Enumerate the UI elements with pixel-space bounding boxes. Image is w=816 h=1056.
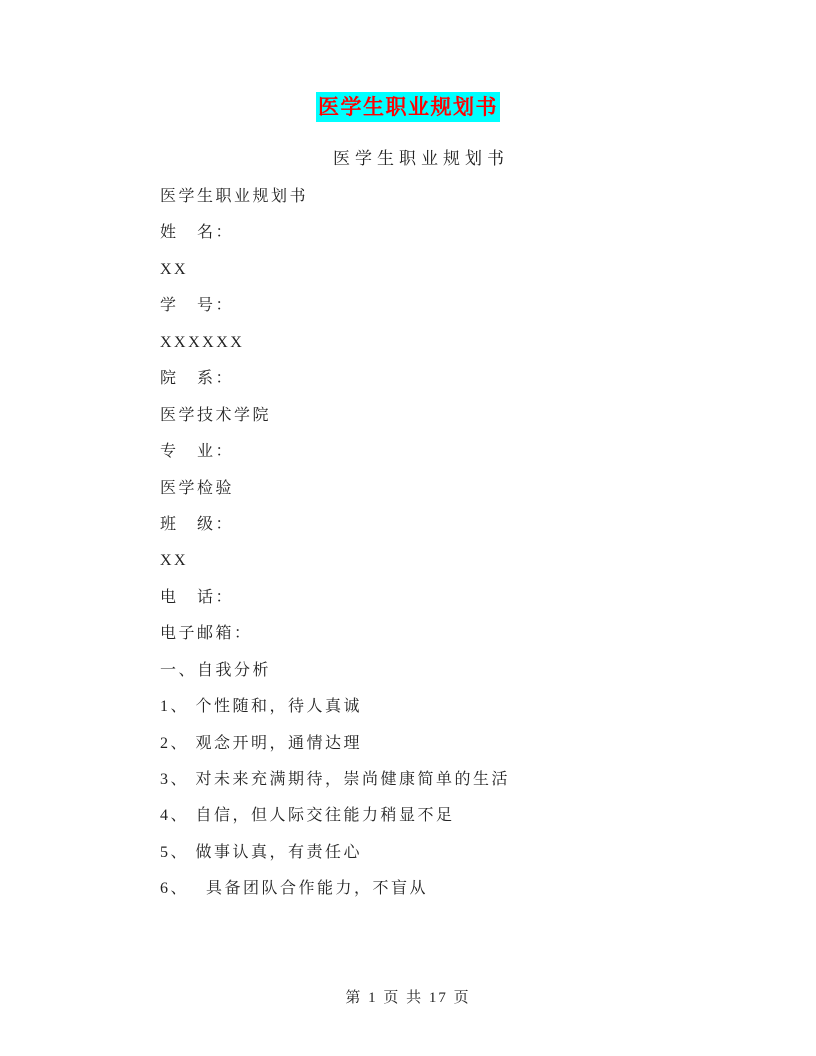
body-line: 医学技术学院 bbox=[160, 398, 736, 434]
document-body: 医学生职业规划书 姓 名： XX 学 号： XXXXXX 院 系： 医学技术学院… bbox=[160, 179, 736, 908]
document-page: 医学生职业规划书 医学生职业规划书 医学生职业规划书 姓 名： XX 学 号： … bbox=[0, 0, 816, 1056]
page-footer: 第 1 页 共 17 页 bbox=[0, 986, 816, 1007]
body-line: 学 号： bbox=[160, 288, 736, 324]
body-line: 3、 对未来充满期待，崇尚健康简单的生活 bbox=[160, 762, 736, 798]
body-line: 6、 具备团队合作能力，不盲从 bbox=[160, 871, 736, 907]
body-line: 电子邮箱： bbox=[160, 616, 736, 652]
document-subtitle: 医学生职业规划书 bbox=[0, 147, 816, 171]
document-title-text: 医学生职业规划书 bbox=[316, 92, 500, 122]
body-line: 一、自我分析 bbox=[160, 653, 736, 689]
body-line: XX bbox=[160, 543, 736, 579]
body-line: 院 系： bbox=[160, 361, 736, 397]
body-line: 5、 做事认真，有责任心 bbox=[160, 835, 736, 871]
body-line: 4、 自信，但人际交往能力稍显不足 bbox=[160, 798, 736, 834]
body-line: 电 话： bbox=[160, 580, 736, 616]
body-line: 医学生职业规划书 bbox=[160, 179, 736, 215]
body-line: 专 业： bbox=[160, 434, 736, 470]
body-line: 1、 个性随和，待人真诚 bbox=[160, 689, 736, 725]
body-line: XX bbox=[160, 252, 736, 288]
body-line: XXXXXX bbox=[160, 325, 736, 361]
body-line: 医学检验 bbox=[160, 471, 736, 507]
body-line: 班 级： bbox=[160, 507, 736, 543]
body-line: 2、 观念开明，通情达理 bbox=[160, 726, 736, 762]
document-title: 医学生职业规划书 bbox=[0, 92, 816, 122]
body-line: 姓 名： bbox=[160, 215, 736, 251]
